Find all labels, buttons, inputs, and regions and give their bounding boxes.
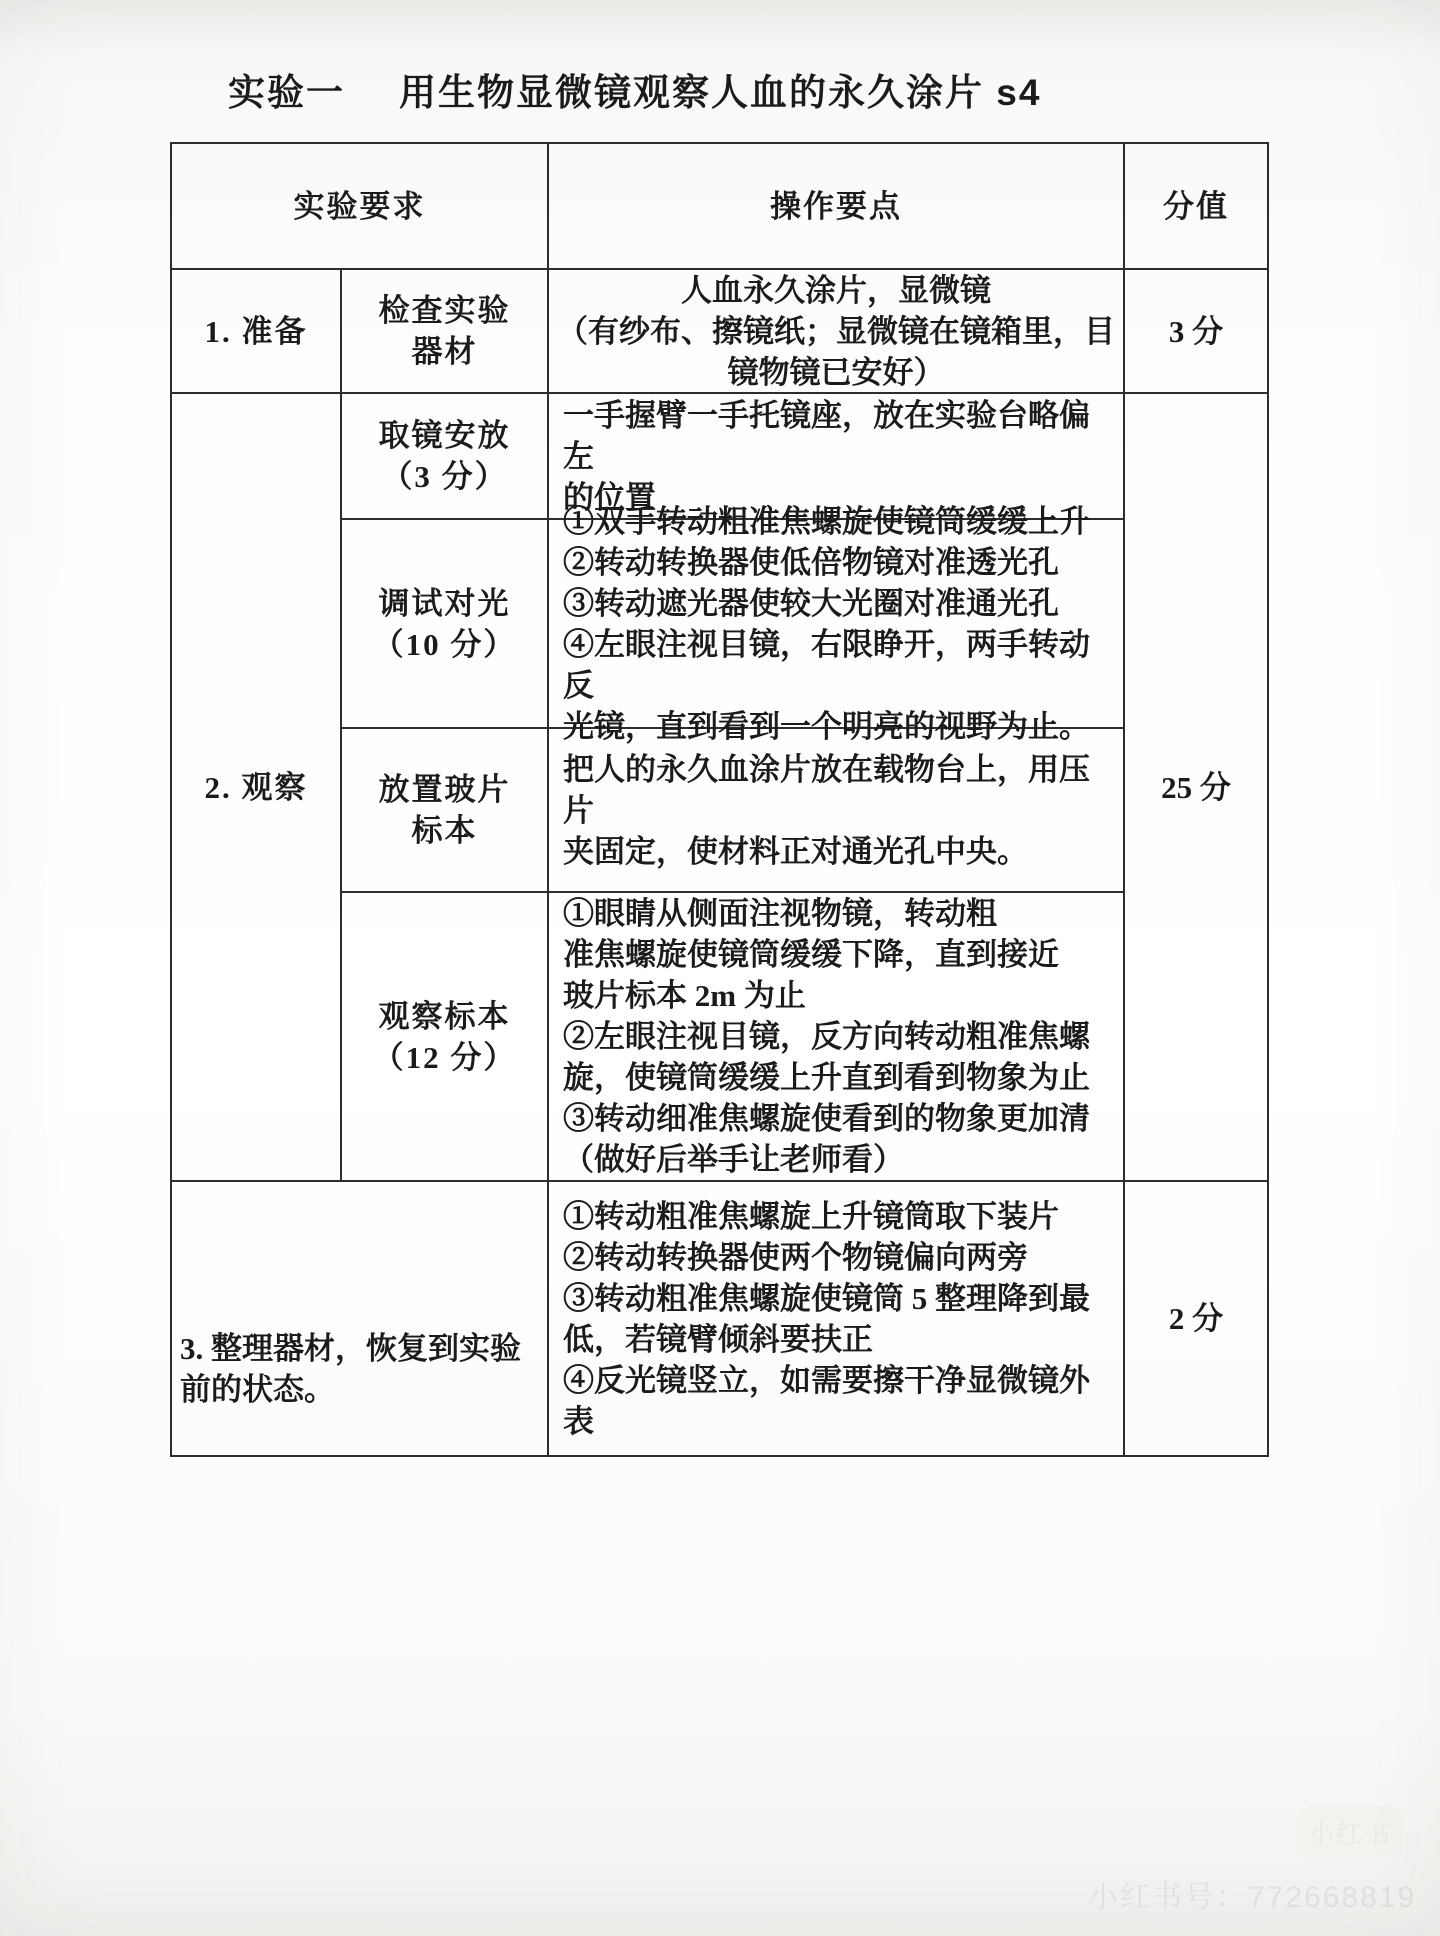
header-score: 分值	[1125, 144, 1267, 270]
xiaohongshu-badge: 小红书	[1297, 1806, 1403, 1858]
section3-label: 3. 整理器材，恢复到实验 前的状态。	[172, 1182, 549, 1455]
section3-score: 2 分	[1125, 1182, 1267, 1455]
section1-label: 1. 准备	[172, 270, 342, 394]
section3-content: ①转动粗准焦螺旋上升镜筒取下装片 ②转动转换器使两个物镜偏向两旁 ③转动粗准焦螺…	[549, 1182, 1125, 1455]
experiment-title: 用生物显微镜观察人血的永久涂片 s4	[399, 62, 1041, 116]
section2-label: 2. 观察	[172, 394, 342, 1182]
scanned-document-page: 实验一 用生物显微镜观察人血的永久涂片 s4 实验要求 操作要点 分值 1. 准…	[0, 0, 1440, 1936]
section1-content: 人血永久涂片，显微镜 （有纱布、擦镜纸；显微镜在镜箱里，目 镜物镜已安好）	[549, 270, 1125, 394]
page-title: 实验一 用生物显微镜观察人血的永久涂片 s4	[228, 62, 1041, 116]
section2-score: 25 分	[1125, 394, 1267, 1182]
experiment-number: 实验一	[228, 62, 345, 116]
step-sub-label: 放置玻片 标本	[342, 729, 549, 893]
step-content: ①双手转动粗准焦螺旋使镜筒缓缓上升 ②转动转换器使低倍物镜对准透光孔 ③转动遮光…	[549, 520, 1125, 729]
step-content: ①眼睛从侧面注视物镜，转动粗 准焦螺旋使镜筒缓缓下降，直到接近 玻片标本 2m …	[549, 893, 1125, 1182]
header-operations: 操作要点	[549, 144, 1125, 270]
step-sub-label: 取镜安放 （3 分）	[342, 394, 549, 520]
section1-score: 3 分	[1125, 270, 1267, 394]
step-sub-label: 观察标本 （12 分）	[342, 893, 549, 1182]
step-sub-label: 调试对光 （10 分）	[342, 520, 549, 729]
header-requirements: 实验要求	[172, 144, 549, 270]
watermark-account-text: 小红书号：772668819	[1088, 1872, 1416, 1916]
scoring-rubric-table: 实验要求 操作要点 分值 1. 准备 检查实验 器材 人血永久涂片，显微镜 （有…	[170, 142, 1269, 1457]
step-content: 把人的永久血涂片放在载物台上，用压片 夹固定，使材料正对通光孔中央。	[549, 729, 1125, 893]
section1-sub-label: 检查实验 器材	[342, 270, 549, 394]
